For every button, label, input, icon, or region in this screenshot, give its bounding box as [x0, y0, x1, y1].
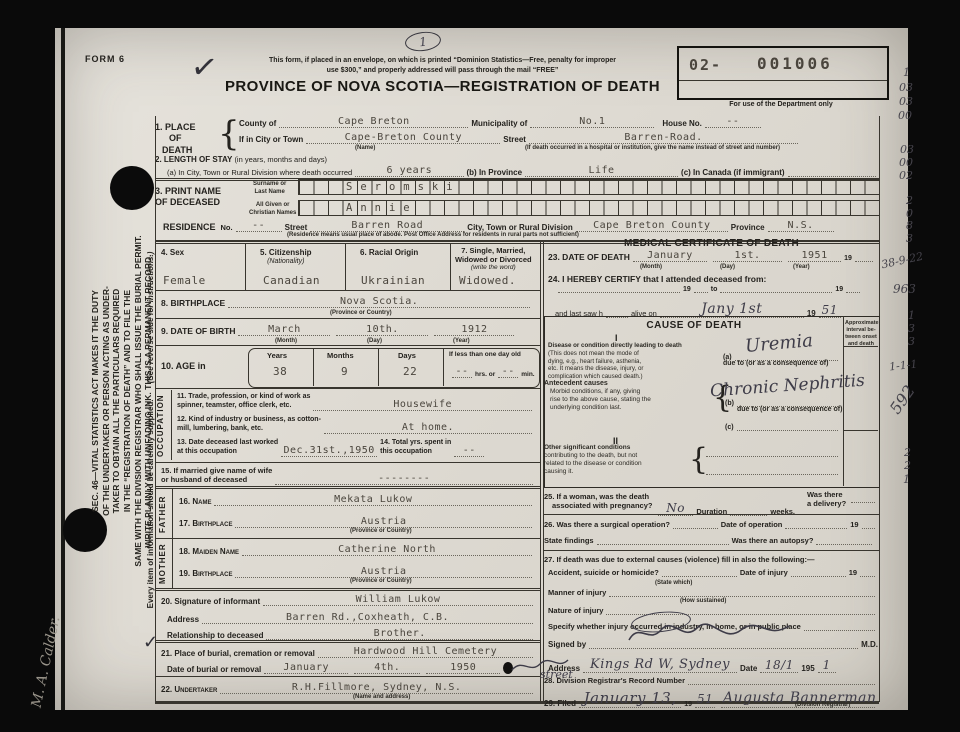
signed-year: 195: [801, 664, 814, 673]
disease-line: etc. It means the disease, injury, or: [548, 365, 682, 373]
birthplace-field: Nova Scotia.: [228, 296, 530, 308]
relationship-label: Relationship to deceased: [167, 631, 263, 640]
attended-19b: 19: [835, 286, 843, 293]
operation-label: 26. Was there a surgical operation?: [544, 520, 670, 529]
given-name-label: All Given or Christian Names: [249, 202, 296, 217]
county-label: County of: [239, 119, 276, 128]
notice-line: TAKER TO OBTAIN ALL THE PARTICULARS REQU…: [111, 141, 122, 661]
delivery-label: Was there a delivery?: [807, 490, 846, 508]
delivery-line2: a delivery?: [807, 499, 846, 508]
delivery-field: [851, 502, 875, 503]
page-number: 1: [418, 35, 427, 50]
margin-number: 963: [893, 282, 916, 296]
burial-year-field: 1950: [426, 662, 500, 674]
occupation-line-13-14: 13. Date deceased last worked at this oc…: [177, 439, 535, 457]
occupation-line-11: 11. Trade, profession, or kind of work a…: [177, 393, 535, 411]
informant-line: 20. Signature of informant William Lukow: [161, 594, 536, 606]
father-fine-print: (Province or Country): [350, 528, 412, 536]
s1-h1: 1. PLACE: [155, 122, 196, 133]
age-years-value: 38: [273, 365, 287, 378]
certify-label: 24. I HEREBY CERTIFY that I attended dec…: [548, 274, 766, 284]
interval-header: Approximate interval be- tween onset and…: [845, 320, 877, 348]
given-value: Annie: [346, 202, 418, 214]
department-only-note: For use of the Department only: [677, 101, 885, 109]
burial-place-label: 21. Place of burial, cremation or remova…: [161, 649, 315, 658]
house-no-label: House No.: [662, 119, 702, 128]
mother-birthplace-line: 19. Birthplace Austria: [179, 566, 535, 578]
filed-year-field: 51: [695, 693, 715, 707]
attended-from-field: [558, 292, 680, 293]
date-of-death-line: 23. DATE OF DEATH January 1st. 1951 19: [548, 250, 876, 262]
min-label: min.: [521, 371, 534, 378]
s2-heading: 2. LENGTH OF STAY (in years, months and …: [155, 155, 327, 165]
burial-place-line: 21. Place of burial, cremation or remova…: [161, 646, 536, 658]
accident-label: Accident, suicide or homicide?: [548, 568, 659, 577]
page-number-circled: 1: [404, 30, 442, 53]
citizenship-label-1: 5. Citizenship: [260, 248, 312, 258]
other-line: Other significant conditions: [544, 444, 642, 452]
undertaker-label: 22. Undertaker: [161, 685, 217, 694]
citizenship-label: 5. Citizenship (Nationality): [260, 248, 312, 266]
mother-fine-print: (Province or Country): [350, 578, 412, 586]
hrs-field: --: [452, 366, 472, 378]
interval-line: interval be-: [845, 327, 877, 334]
interval-line: tween onset: [845, 334, 877, 341]
attended-19b-field: [846, 292, 860, 293]
registration-number-box: 02- 001006: [677, 46, 889, 100]
margin-number: 1: [908, 309, 915, 322]
signed-date-label: Date: [740, 664, 757, 673]
other-field-1: [703, 456, 841, 457]
last-worked-field: Dec.31st.,1950: [281, 445, 377, 457]
other-line: contributing to the death, but not: [544, 452, 642, 460]
death-month-field: January: [633, 250, 707, 262]
burial-date-label: Date of burial or removal: [167, 665, 261, 674]
envelope-note: This form, if placed in an envelope, on …: [170, 56, 715, 76]
father-group-label: FATHER: [158, 492, 167, 536]
other-dotted-1: [706, 456, 838, 457]
operation-date-field: [785, 528, 847, 529]
sex-value: Female: [163, 274, 206, 287]
s14-label-1: 14. Total yrs. spent in: [380, 439, 451, 446]
injury-19-field: [860, 576, 875, 577]
s15-label-2: or husband of deceased: [161, 475, 247, 484]
notice-line: OF THE UNDERTAKER OR PERSON ACTING AS UN…: [101, 141, 112, 661]
spouse-field: --------: [275, 473, 533, 485]
margin-number: 2: [904, 459, 911, 472]
father-name-line: 16. Name Mekata Lukow: [179, 494, 535, 506]
manner-field: [609, 596, 875, 597]
s2-a-label: (a) In City, Town or Rural Division wher…: [167, 168, 352, 177]
disease-label-block: Disease or condition directly leading to…: [548, 342, 682, 381]
cause-c-field: [737, 430, 838, 431]
doctor-signature: [625, 620, 795, 646]
registration-number: 001006: [757, 54, 833, 73]
state-which-fine: (State which): [655, 580, 692, 588]
due-to-label: due to (or as a consequence of): [723, 360, 828, 369]
informant-address-label: Address: [167, 615, 199, 624]
findings-field: [597, 544, 729, 545]
birthplace-line: 8. BIRTHPLACE Nova Scotia.: [161, 296, 533, 308]
surname-label: Surname or Last Name: [253, 181, 286, 196]
margin-number: 02: [899, 169, 913, 182]
operation-date-label: Date of operation: [721, 520, 783, 529]
envelope-note-line2: use $300,” and properly addressed will p…: [170, 66, 715, 76]
undertaker-field: R.H.Fillmore, Sydney, N.S.: [220, 682, 533, 694]
death-19: 19: [844, 255, 852, 262]
s2-b-field: Life: [525, 165, 678, 177]
mother-name-field: Catherine North: [242, 544, 532, 556]
mother-name-line: 18. Maiden Name Catherine North: [179, 544, 535, 556]
medical-certificate-title: MEDICAL CERTIFICATE OF DEATH: [544, 238, 879, 250]
autopsy-field: [816, 544, 872, 545]
date-of-birth-line: 9. DATE OF BIRTH March 10th. 1912: [161, 324, 533, 336]
undertaker-line: 22. Undertaker R.H.Fillmore, Sydney, N.S…: [161, 682, 536, 694]
mother-birthplace-field: Austria: [235, 566, 532, 578]
marital-label-1: 7. Single, Married,: [455, 246, 532, 255]
given-label-2: Christian Names: [249, 210, 296, 218]
q25-line2: associated with pregnancy?: [544, 501, 652, 510]
residence-fine-print: (Residence means usual place of abode. P…: [287, 232, 579, 240]
residence-street-label: Street: [285, 223, 308, 232]
operation-19: 19: [850, 520, 858, 529]
margin-handwritten-name: M. A. Calder.: [29, 559, 76, 709]
father-name-label: 16. Name: [179, 497, 211, 506]
residence-no-label: No.: [221, 223, 233, 232]
certificate-paper: SEC. 46—VITAL STATISTICS ACT MAKES IT TH…: [55, 28, 908, 710]
father-name-field: Mekata Lukow: [214, 494, 532, 506]
street-field: Barren-Road.: [529, 132, 798, 144]
morbid-line: underlying condition last.: [550, 404, 651, 412]
sex-label: 4. Sex: [161, 248, 184, 258]
signed-by-label: Signed by: [548, 640, 586, 649]
undertaker-fine-print: (Name and address): [353, 694, 410, 702]
street-label: Street: [503, 135, 526, 144]
disease-line: Disease or condition directly leading to…: [548, 342, 682, 350]
nature-line: Nature of injury: [548, 606, 878, 615]
death-day-field: 1st.: [713, 250, 782, 262]
margin-number: 1-1-1: [888, 358, 918, 374]
due-to-label-2: due to (or as a consequence of): [737, 406, 842, 415]
margin-number: 38-9-22: [880, 250, 924, 272]
residence-line: RESIDENCE No. -- Street Barren Road City…: [163, 220, 879, 232]
morbid-line: rise to the above cause, stating the: [550, 396, 651, 404]
house-no-field: --: [705, 116, 761, 128]
industry-field: At home.: [324, 422, 532, 434]
county-field: Cape Breton: [279, 116, 468, 128]
s3-heading: 3. PRINT NAME OF DECEASED: [155, 186, 221, 208]
morbid-block: Morbid conditions, if any, giving rise t…: [550, 388, 651, 412]
delivery-line1: Was there: [807, 490, 846, 499]
other-line: causing it.: [544, 468, 642, 476]
s1-heading: 1. PLACE OF DEATH: [155, 122, 196, 156]
disease-line: dying, e.g., heart failure, asthenia,: [548, 358, 682, 366]
residence-street-field: Barren Road: [310, 220, 464, 232]
s12-label-2: mill, lumbering, bank, etc.: [177, 425, 263, 432]
attended-19a: 19: [683, 286, 691, 293]
mother-birthplace-label: 19. Birthplace: [179, 569, 232, 578]
margin-number: 2: [906, 194, 913, 207]
cause-c-label: (c): [725, 424, 734, 431]
other-conditions-block: Other significant conditions contributin…: [544, 444, 642, 477]
date-injury-field: [791, 576, 846, 577]
citizenship-value: Canadian: [263, 274, 320, 287]
q25-line1: 25. If a woman, was the death: [544, 492, 652, 501]
operation-field: [673, 528, 718, 529]
informant-label: 20. Signature of informant: [161, 597, 260, 606]
attended-to-field: [720, 292, 832, 293]
less-than-day-label: If less than one day old: [449, 351, 521, 359]
age-years-label: Years: [267, 351, 287, 360]
burial-day-field: 4th.: [354, 662, 420, 674]
notice-line: SAME WITH THE DIVISION REGISTRAR WHO SHA…: [133, 141, 144, 661]
birthplace-fine-print: (Province or Country): [330, 310, 392, 318]
burial-date-line: Date of burial or removal January 4th. 1…: [167, 662, 536, 674]
margin-number: 3: [908, 322, 915, 335]
filed-date-field: January 13,: [579, 690, 681, 708]
burial-place-field: Hardwood Hill Cemetery: [318, 646, 533, 658]
marital-value: Widowed.: [459, 274, 516, 287]
other-dotted-2: [706, 474, 838, 475]
attended-to: to: [711, 286, 718, 293]
doctor-address-field: Kings Rd W, Sydney: [583, 658, 737, 673]
interval-line: Approximate: [845, 320, 877, 327]
city-town-field: Cape-Breton County: [306, 132, 500, 144]
surname-value: Seromski: [346, 181, 461, 193]
findings-label: State findings: [544, 536, 594, 545]
s2-sublabel: (in years, months and days): [234, 155, 327, 164]
date-of-birth-label: 9. DATE OF BIRTH: [161, 326, 235, 336]
q25-label: 25. If a woman, was the death associated…: [544, 492, 652, 510]
s3-h1: 3. PRINT NAME: [155, 186, 221, 197]
racial-origin-label: 6. Racial Origin: [360, 248, 418, 258]
manner-line: Manner of injury: [548, 588, 878, 597]
margin-number: 3: [908, 335, 915, 348]
record-number-label: 28. Division Registrar's Record Number: [544, 676, 685, 685]
s1-brace: {: [218, 114, 240, 154]
informant-field: William Lukow: [263, 594, 533, 606]
envelope-note-line1: This form, if placed in an envelope, on …: [170, 56, 715, 66]
death-month-fine: (Month): [640, 264, 662, 272]
s13-label-2: at this occupation: [177, 448, 237, 455]
occupation-group-label: OCCUPATION: [156, 392, 165, 460]
age-months-label: Months: [327, 351, 354, 360]
date-of-death-label: 23. DATE OF DEATH: [548, 252, 630, 262]
s12-label-1: 12. Kind of industry or business, as cot…: [177, 416, 321, 423]
province-label: Province: [731, 223, 765, 232]
division-field: Cape Breton County: [576, 220, 728, 232]
md-label: M.D.: [861, 640, 878, 649]
racial-origin-value: Ukrainian: [361, 274, 425, 287]
registration-prefix: 02-: [689, 56, 722, 74]
relationship-field: Brother.: [266, 628, 533, 640]
signed-date-field: 18/1: [760, 659, 798, 673]
s2-a-field: 6 years: [355, 165, 463, 177]
province-field: N.S.: [768, 220, 834, 232]
birth-year-field: 1912: [434, 324, 514, 336]
marital-label-2: Widowed or Divorced: [455, 255, 532, 264]
record-number-line: 28. Division Registrar's Record Number: [544, 676, 878, 685]
residence-label: RESIDENCE: [163, 222, 216, 232]
date-injury-label: Date of injury: [740, 568, 788, 577]
age-days-label: Days: [398, 351, 416, 360]
father-birthplace-line: 17. Birthplace Austria: [179, 516, 535, 528]
autopsy-label: Was there an autopsy?: [732, 536, 814, 545]
s11-label-2: spinner, teamster, office clerk, etc.: [177, 402, 291, 409]
margin-number: 3: [906, 232, 913, 245]
how-sustained-fine: (How sustained): [680, 598, 726, 606]
hrs-min-line: -- hrs. or -- min.: [449, 366, 535, 378]
name-fine-print: (Name): [355, 145, 375, 153]
margin-number: 8: [906, 219, 913, 232]
margin-number: 00: [899, 156, 913, 169]
father-birthplace-field: Austria: [235, 516, 532, 528]
s11-label-1: 11. Trade, profession, or kind of work a…: [177, 393, 310, 400]
s14-label-2: this occupation: [380, 448, 432, 455]
s2-line: (a) In City, Town or Rural Division wher…: [167, 165, 879, 177]
death-day-fine: (Day): [720, 264, 735, 272]
filed-label: 29. Filed: [544, 699, 576, 708]
q27-label: 27. If death was due to external causes …: [544, 555, 814, 564]
s13-label-1: 13. Date deceased last worked: [177, 439, 278, 446]
death-19-field: [855, 261, 873, 262]
edge-note: Every item of information should be care…: [146, 399, 155, 608]
signed-by-field: [589, 648, 858, 649]
cause-c-line: (c): [725, 424, 841, 431]
margin-number: 00: [898, 109, 912, 122]
other-line: related to the disease or condition: [544, 460, 642, 468]
margin-number: 592: [886, 382, 919, 418]
burial-month-field: January: [264, 662, 348, 674]
age-months-value: 9: [341, 365, 348, 378]
marital-label-3: (write the word): [455, 264, 532, 272]
attended-line: 19 to 19: [555, 286, 873, 293]
specify-field: [804, 630, 875, 631]
hrs-label: hrs. or: [475, 371, 495, 378]
disease-line: (This does not mean the mode of: [548, 350, 682, 358]
edge-note-2: (See reverse side for instructions.): [146, 252, 155, 384]
margin-number: 03: [899, 95, 913, 108]
mother-name-label: 18. Maiden Name: [179, 547, 239, 556]
duration-field: [730, 515, 767, 516]
morbid-line: Morbid conditions, if any, giving: [550, 388, 651, 396]
mother-group-label: MOTHER: [158, 542, 167, 586]
s2-c-field: [788, 176, 876, 177]
other-field-2: [703, 474, 841, 475]
trade-field: Housewife: [313, 399, 532, 411]
s15-label-1: 15. If married give name of wife: [161, 466, 272, 475]
s1-h2: OF: [155, 133, 196, 144]
scanned-death-certificate: SEC. 46—VITAL STATISTICS ACT MAKES IT TH…: [0, 0, 960, 732]
citizenship-label-2: (Nationality): [260, 258, 312, 266]
min-field: --: [498, 366, 518, 378]
surname-label-1: Surname or: [253, 181, 286, 189]
occupation-line-12: 12. Kind of industry or business, as cot…: [177, 416, 535, 434]
father-birthplace-label: 17. Birthplace: [179, 519, 232, 528]
age-label: 10. AGE in: [161, 361, 206, 372]
margin-number: 1: [903, 473, 910, 486]
accident-field: [662, 576, 737, 577]
s2-c-label: (c) In Canada (if immigrant): [681, 168, 785, 177]
spouse-line: 15. If married give name of wife or husb…: [161, 466, 536, 485]
margin-number: 03: [900, 143, 914, 156]
birth-month-field: March: [238, 324, 330, 336]
filed-19: 19: [684, 701, 692, 708]
s1-line-b: If in City or Town Cape-Breton County St…: [239, 132, 879, 144]
form-code: FORM 6: [85, 54, 125, 65]
notice-line: IN THE “REGISTRATION OF DEATH” AND TO FI…: [122, 141, 133, 661]
s2-label: 2. LENGTH OF STAY: [155, 155, 232, 164]
signed-year-field: 1: [818, 659, 836, 673]
s1-line-a: County of Cape Breton Municipality of No…: [239, 116, 879, 128]
nature-label: Nature of injury: [548, 606, 603, 615]
margin-number: 2: [904, 446, 911, 459]
accident-line: Accident, suicide or homicide? Date of i…: [548, 568, 878, 577]
total-years-field: --: [454, 445, 484, 457]
s3-h2: OF DECEASED: [155, 197, 221, 208]
document-title: PROVINCE OF NOVA SCOTIA—REGISTRATION OF …: [170, 78, 715, 95]
birthplace-label: 8. BIRTHPLACE: [161, 298, 225, 308]
death-year-fine: (Year): [793, 264, 810, 272]
municipality-label: Municipality of: [471, 119, 527, 128]
division-label: City, Town or Rural Division: [467, 223, 573, 232]
city-town-label: If in City or Town: [239, 135, 303, 144]
marital-label: 7. Single, Married, Widowed or Divorced …: [455, 246, 532, 272]
street-fine-print: (If death occurred in a hospital or inst…: [525, 145, 780, 153]
attended-19a-field: [694, 292, 708, 293]
division-registrar-fine: (Division Registrar): [795, 702, 850, 710]
findings-line: State findings Was there an autopsy?: [544, 536, 878, 545]
other-brace: {: [689, 442, 708, 477]
injury-19: 19: [849, 568, 857, 577]
informant-address-field: Barren Rd.,Coxheath, C.B.: [202, 612, 533, 624]
doctor-address-line: Address Kings Rd W, Sydney Date 18/1 195…: [548, 658, 878, 673]
surname-label-2: Last Name: [253, 189, 286, 197]
cause-b-label: (b): [725, 400, 734, 407]
delivery-field-row: [848, 502, 878, 503]
relationship-line: Relationship to deceased Brother.: [167, 628, 536, 640]
margin-number: 1: [903, 66, 910, 79]
manner-label: Manner of injury: [548, 588, 606, 597]
birth-day-field: 10th.: [336, 324, 428, 336]
s2-b-label: (b) In Province: [467, 168, 523, 177]
age-days-value: 22: [403, 365, 417, 378]
notice-line: SEC. 46—VITAL STATISTICS ACT MAKES IT TH…: [90, 141, 101, 661]
operation-line: 26. Was there a surgical operation? Date…: [544, 520, 878, 529]
informant-address-line: Address Barren Rd.,Coxheath, C.B.: [167, 612, 536, 624]
municipality-field: No.1: [530, 116, 654, 128]
given-label-1: All Given or: [249, 202, 296, 210]
margin-number: 03: [899, 81, 913, 94]
record-number-field: [688, 684, 875, 685]
operation-19-field: [862, 528, 875, 529]
death-year-field: 1951: [788, 250, 841, 262]
checkmark-icon: ✓: [143, 632, 158, 653]
residence-no-field: --: [236, 220, 282, 232]
